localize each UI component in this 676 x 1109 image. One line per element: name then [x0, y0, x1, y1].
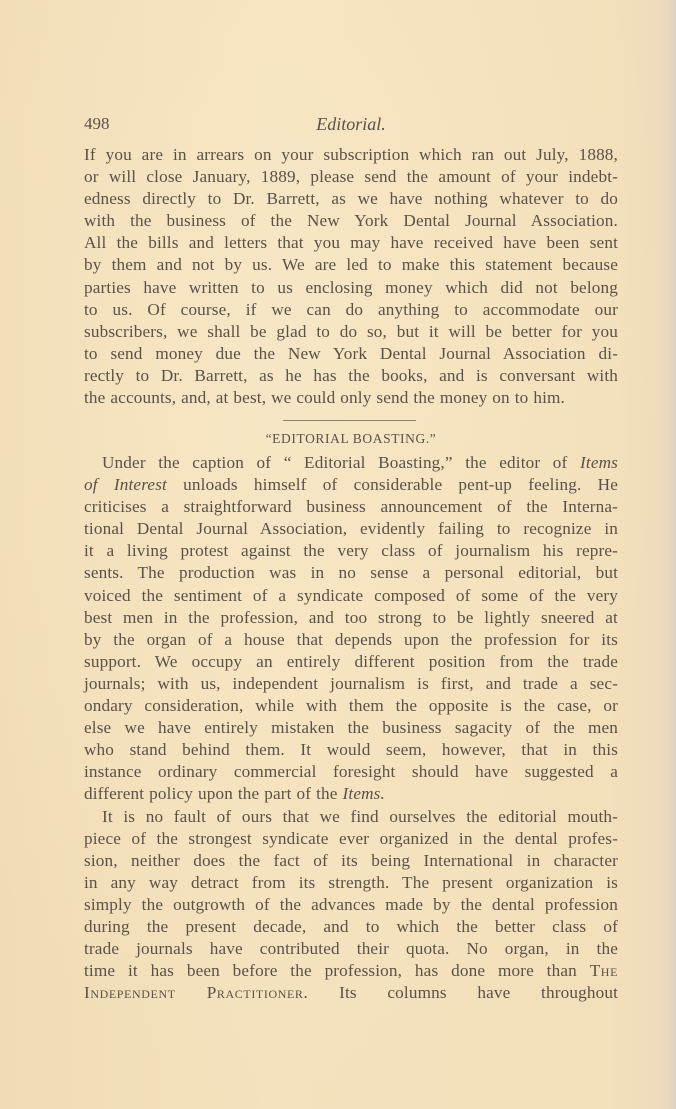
- text-line: time it has been before the profession, …: [84, 960, 618, 982]
- text-line: different policy upon the part of the It…: [84, 783, 618, 805]
- text-run: Under the caption of “ Editorial Boastin…: [102, 453, 580, 472]
- text-line: sents. The production was in no sense a …: [84, 562, 618, 584]
- text-run: Its columns have throughout: [308, 983, 618, 1002]
- text-line: If you are in arrears on your subscripti…: [84, 144, 618, 166]
- text-line: ondary consideration, while with them th…: [84, 695, 618, 717]
- text-line: instance ordinary commercial foresight s…: [84, 761, 618, 783]
- text-line: to us. Of course, if we can do anything …: [84, 299, 618, 321]
- text-line: Independent Practitioner. Its columns ha…: [84, 982, 618, 1004]
- text-line: who stand behind them. It would seem, ho…: [84, 739, 618, 761]
- text-line: voiced the sentiment of a syndicate comp…: [84, 585, 618, 607]
- scanned-page: 498 Editorial. If you are in arrears on …: [0, 0, 676, 1109]
- text-line: subscribers, we shall be glad to do so, …: [84, 321, 618, 343]
- text-run: time it has been before the profession, …: [84, 961, 590, 980]
- journal-name: Independent Practitioner.: [84, 983, 308, 1002]
- text-line: of Interest unloads himself of considera…: [84, 474, 618, 496]
- subscription-notice: If you are in arrears on your subscripti…: [84, 144, 618, 409]
- text-run: unloads himself of considerable pent-up …: [167, 475, 618, 494]
- running-head: 498 Editorial.: [84, 114, 618, 138]
- text-line: trade journals have contributed their qu…: [84, 938, 618, 960]
- publication-title: Items: [580, 453, 618, 472]
- text-line: criticises a straightforward business an…: [84, 496, 618, 518]
- text-line: It is no fault of ours that we find ours…: [84, 806, 618, 828]
- text-line: All the bills and letters that you may h…: [84, 232, 618, 254]
- page-edge: [668, 0, 676, 1109]
- text-line: rectly to Dr. Barrett, as he has the boo…: [84, 365, 618, 387]
- text-line: parties have written to us enclosing mon…: [84, 277, 618, 299]
- editorial-boasting-article: Under the caption of “ Editorial Boastin…: [84, 452, 618, 1004]
- text-line: sion, neither does the fact of its being…: [84, 850, 618, 872]
- running-title: Editorial.: [84, 114, 618, 135]
- paragraph-2: It is no fault of ours that we find ours…: [84, 806, 618, 1005]
- text-line: journals; with us, independent journalis…: [84, 673, 618, 695]
- text-line: simply the outgrowth of the advances mad…: [84, 894, 618, 916]
- journal-name: The: [590, 961, 618, 980]
- text-line: the accounts, and, at best, we could onl…: [84, 387, 618, 409]
- text-line: by the organ of a house that depends upo…: [84, 629, 618, 651]
- text-line: piece of the strongest syndicate ever or…: [84, 828, 618, 850]
- publication-title: Items.: [343, 784, 385, 803]
- text-line: support. We occupy an entirely different…: [84, 651, 618, 673]
- text-line: best men in the profession, and too stro…: [84, 607, 618, 629]
- text-line: or will close January, 1889, please send…: [84, 166, 618, 188]
- text-line: else we have entirely mistaken the busin…: [84, 717, 618, 739]
- section-divider: [283, 420, 416, 421]
- text-line: with the business of the New York Dental…: [84, 210, 618, 232]
- text-line: during the present decade, and to which …: [84, 916, 618, 938]
- text-line: edness directly to Dr. Barrett, as we ha…: [84, 188, 618, 210]
- section-heading: “EDITORIAL BOASTING.”: [84, 429, 618, 449]
- text-line: by them and not by us. We are led to mak…: [84, 254, 618, 276]
- text-line: it a living protest against the very cla…: [84, 540, 618, 562]
- paragraph-1: Under the caption of “ Editorial Boastin…: [84, 452, 618, 806]
- publication-title: of Interest: [84, 475, 167, 494]
- text-run: different policy upon the part of the: [84, 784, 343, 803]
- text-line: in any way detract from its strength. Th…: [84, 872, 618, 894]
- text-line: to send money due the New York Dental Jo…: [84, 343, 618, 365]
- text-line: tional Dental Journal Association, evide…: [84, 518, 618, 540]
- text-line: Under the caption of “ Editorial Boastin…: [84, 452, 618, 474]
